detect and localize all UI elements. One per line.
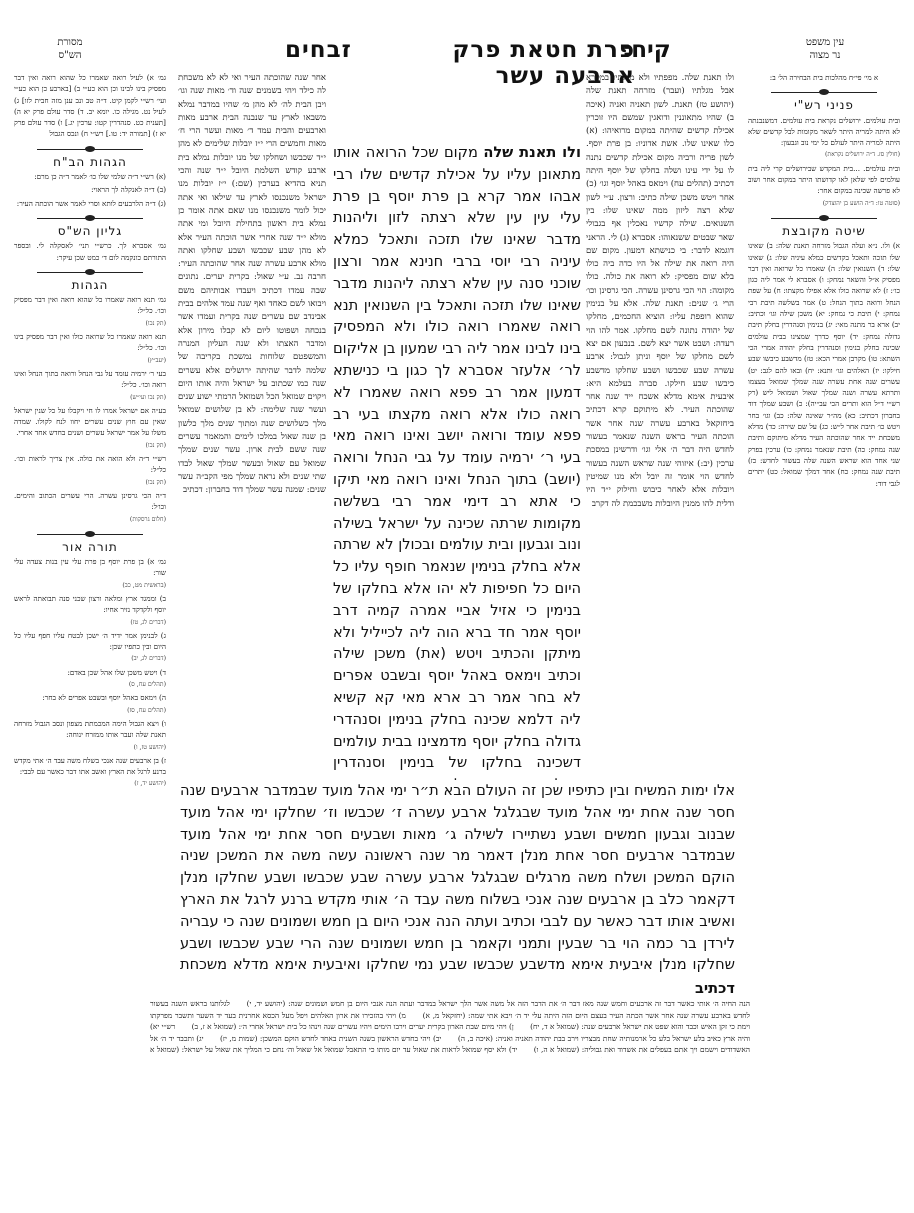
verse: טו) בן שנה שאול במלכו ושתי שנים מלך על י… (514, 1057, 712, 1058)
verse-text: ד) ויטש משכן שלו אהל שכן באדם: (68, 668, 167, 677)
shita-mekubetzet-title: שיטה מקובצת (748, 226, 900, 237)
verse-source: (שמואל א ה, ו) (534, 1045, 579, 1054)
commentary-top-strip (330, 72, 586, 138)
gemara-main-text: ולו תאנת שלה מקום שכל הרואה אותו מתאונן … (333, 142, 581, 780)
hagahot-text: תנא רואה שאמרו כל שרואה כולו ואין דבר מפ… (14, 332, 166, 352)
verse: ן) ויהי מיום שבת הארון בקרית יערים וירבו… (192, 1022, 514, 1031)
rashi-column: ולו תאנת שלה. מפפתיו ולא מגלתיו במקרא אב… (586, 72, 734, 762)
tractate-name: זבחים (285, 37, 352, 63)
torah-or-verse: ז) בן ארבעים שנה אנכי בשלח משה עבד ה׳ את… (14, 755, 166, 790)
verse-source: (תהלים עח, סז) (127, 707, 166, 714)
verse-text: יב) ויהי בחדש הראשון בשנה השנית באחד לחד… (260, 1034, 441, 1043)
hagahot-bach-item: (א) רש״י ד״ה שלמי שלו כו׳ לאמר ד״ה כן מר… (14, 171, 166, 182)
hagahot-item: תנא רואה שאמרו כל שרואה כולו ואין דבר מפ… (14, 331, 166, 366)
pnei-rashi-source: (סוטה טו: ד״ה הושע בן יהוצדק) (823, 200, 900, 207)
verse-source: (יהושע יד, י) (247, 999, 286, 1008)
hagahot-source: (תק נכו ועי״ש) (130, 394, 166, 401)
pnei-rashi-text: ובית עולמים. ...בית המקדש שבירושלים קרי … (748, 164, 900, 196)
ornament-divider (37, 530, 143, 538)
torah-or-verse: ב) וממגד ארץ ומלאה ורצון שכני סנה תבואתה… (14, 593, 166, 628)
pnei-rashi-entry: ובית עולמים. ...בית המקדש שבירושלים קרי … (748, 163, 900, 209)
verse-text: ן) ויהי מיום שבת הארון בקרית יערים וירבו… (239, 1022, 514, 1031)
verse: יב) ויהי בחדש הראשון בשנה השנית באחד לחד… (220, 1034, 441, 1043)
verse-source: (דברים לג, יב) (131, 655, 166, 662)
torah-or-title: תורה אור (14, 542, 166, 553)
ein-mishpat-text: א מי׳ פי״ח מהלכות בית הבחירה הל׳ ב: (748, 72, 900, 83)
verse-source: (בראשית מט, כב) (122, 582, 166, 589)
masoret-text: גמ׳ א) לעיל רואה שאמרו כל שהוא רואה ואין… (14, 72, 166, 140)
verse-text: גמ׳ א) בן פרת יוסף בן פרת עלי עין בנות צ… (14, 557, 166, 577)
pnei-rashi-text: ובית עולמים. ירושלים נקראת בית עולמים. ד… (748, 116, 900, 148)
hagahot-text: גמ׳ תנא רואה שאמרו כל שהוא רואה ואין דבר… (14, 295, 166, 315)
masoret-hashas-label: מסורת הש"ס (40, 36, 100, 62)
hagahot-item: רש״י ד״ה ולא הואה את כולה. אין צריך לראו… (14, 453, 166, 488)
rashi-top: ולו תאנת שלה. מפפתיו ולא מגלתיו במקרא אב… (586, 73, 734, 149)
verse-text: ז) בן ארבעים שנה אנכי בשלח משה עבד ה׳ את… (14, 756, 166, 776)
ornament-divider (771, 88, 877, 96)
gemara-last-word: דכתיב (560, 978, 735, 1000)
verse-text: טו) בן שנה שאול במלכו ושתי שנים מלך על י… (564, 1057, 712, 1058)
hagahot-bach-item: (ב) ד״ה לאנקלה לך הראוי: (14, 184, 166, 195)
ornament-divider (771, 214, 877, 222)
gemara-lead-words: ולו תאנת שלה (483, 144, 581, 161)
hagahot-title: הגהות (14, 280, 166, 291)
label-line2: הש"ס (40, 49, 100, 62)
verse-source: (שמואל א ז, ב) (192, 1022, 237, 1031)
verse-text: ו) ויצא הגבול הימה המכמתת מצפון ונסב הגב… (14, 719, 166, 739)
pnei-rashi-title: פניני רש"י (748, 100, 900, 111)
verse-source: (איכה ב, ה) (458, 1034, 493, 1043)
hagahot-bach-title: הגהות הב"ח (14, 157, 166, 168)
ornament-divider (37, 214, 143, 222)
hagahot-source: (תק נכו) (146, 320, 167, 327)
torah-or-verse: ג) לבנימן אמר ידיד ה׳ ישכן לבטח עליו חפף… (14, 630, 166, 665)
verse-text: הנה החיה ה׳ אותי כאשר דבר זה ארבעים וחמש… (288, 999, 750, 1008)
verse-source: (שמואל א ד, יח) (530, 1022, 579, 1031)
verse-source: (יהושע טז, ו) (134, 744, 166, 751)
hagahot-source: (תק נכו) (146, 442, 167, 449)
hagahot-item: גמ׳ תנא רואה שאמרו כל שהוא רואה ואין דבר… (14, 294, 166, 329)
verse-text: ג) לבנימן אמר ידיד ה׳ ישכן לבטח עליו חפף… (14, 631, 166, 651)
hagahot-source: (תק נכו) (146, 479, 167, 486)
torah-or-verse: ו) ויצא הגבול הימה המכמתת מצפון ונסב הגב… (14, 718, 166, 753)
verse-source: (שמואל א יג, א) (514, 1057, 562, 1058)
torah-or-verse: ד) ויטש משכן שלו אהל שכן באדם:(תהלים עח,… (14, 667, 166, 691)
verse: הנה החיה ה׳ אותי כאשר דבר זה ארבעים וחמש… (247, 999, 750, 1008)
torah-or-verse: ה) וימאס באהל יוסף ובשבט אפרים לא בחר:(ת… (14, 692, 166, 716)
gilyon-hashas-title: גליון הש"ס (14, 226, 166, 237)
ein-mishpat-label: עין משפט נר מצוה (790, 36, 860, 62)
shita-mekubetzet-text: א) ולו. נ״א ועלה הגבול מזרחה תאנת שלה: ב… (748, 240, 900, 489)
rashi-body: יוסף. לשון פריה ורביה מקום אכילת קדשים נ… (586, 139, 734, 508)
verse-source: (תהלים עח, ס) (129, 681, 166, 688)
verse-text: יד) ולא יסף שמואל לראות את שאול עד יום מ… (182, 1045, 518, 1054)
gilyon-text: גמ׳ אסברא לך. כרש״י תני׳ לאסקלה לי. ובספ… (14, 240, 166, 263)
pnei-rashi-entry: ובית עולמים. ירושלים נקראת בית עולמים. ד… (748, 115, 900, 161)
hagahot-text: בעי ר׳ ירמיה עומד על גבי הנחל ורואה בתוך… (14, 369, 166, 389)
hagahot-source: (חלום גרסקות) (130, 516, 166, 523)
verse-source: (שמות מ, יז) (220, 1034, 257, 1043)
verse-source: (יהושע יד, ז) (134, 780, 166, 787)
hagahot-source: (יעב״ץ) (147, 357, 166, 364)
hagahot-item: בע״ה אם ישראל אמרו לו חי ויקבלו על כל שנ… (14, 405, 166, 451)
torah-or-verse: גמ׳ א) בן פרת יוסף בן פרת עלי עין בנות צ… (14, 556, 166, 591)
right-margin: א מי׳ פי״ח מהלכות בית הבחירה הל׳ ב: פנינ… (748, 72, 900, 491)
hagahot-text: רש״י ד״ה ולא הואה את כולה. אין צריך לראו… (14, 454, 166, 474)
verse-text: ה) וימאס באהל יוסף ובשבט אפרים לא בחר: (42, 693, 166, 702)
gemara-body: מקום שכל הרואה אותו מתאונן עליו על אכילת… (333, 144, 581, 780)
left-margin: גמ׳ א) לעיל רואה שאמרו כל שהוא רואה ואין… (14, 72, 166, 792)
label-line1: מסורת (40, 36, 100, 49)
hagahot-bach-item: (ג) ד״ה הלרבעים לותא וסרי לאמר אשר הוכתה… (14, 198, 166, 209)
footnote-verses: הנה החיה ה׳ אותי כאשר דבר זה ארבעים וחמש… (150, 998, 750, 1058)
verse-source: (דברים לג, טז) (130, 619, 166, 626)
tosafot-column: אחר שנה שהוכתה העיר ואי לא לא משכחת לה כ… (178, 72, 326, 772)
verse-text: ב) וממגד ארץ ומלאה ורצון שכני סנה תבואתה… (14, 594, 166, 614)
gemara-wide-text: אלו ימות המשיח ובין כתיפיו שכן זה העולם … (180, 780, 735, 978)
folio-number: קיח: (622, 37, 671, 63)
ornament-divider (37, 268, 143, 276)
label-line2: נר מצוה (790, 49, 860, 62)
hagahot-text: בע״ה אם ישראל אמרו לו חי ויקבלו על כל שנ… (14, 406, 166, 438)
hagahot-item: בעי ר׳ ירמיה עומד על גבי הנחל ורואה בתוך… (14, 368, 166, 403)
hagahot-text: ד״ה הכי גרסינן עשרה. הרי עשרים הכתוב והי… (14, 491, 166, 511)
hagahot-item: ד״ה הכי גרסינן עשרה. הרי עשרים הכתוב והי… (14, 490, 166, 525)
pnei-rashi-source: (חולין סז. ד״ה ירושלים נקראת) (825, 151, 900, 158)
label-line1: עין משפט (790, 36, 860, 49)
verse-source: (יחזקאל מ, א) (423, 1011, 466, 1020)
ornament-divider (37, 145, 143, 153)
